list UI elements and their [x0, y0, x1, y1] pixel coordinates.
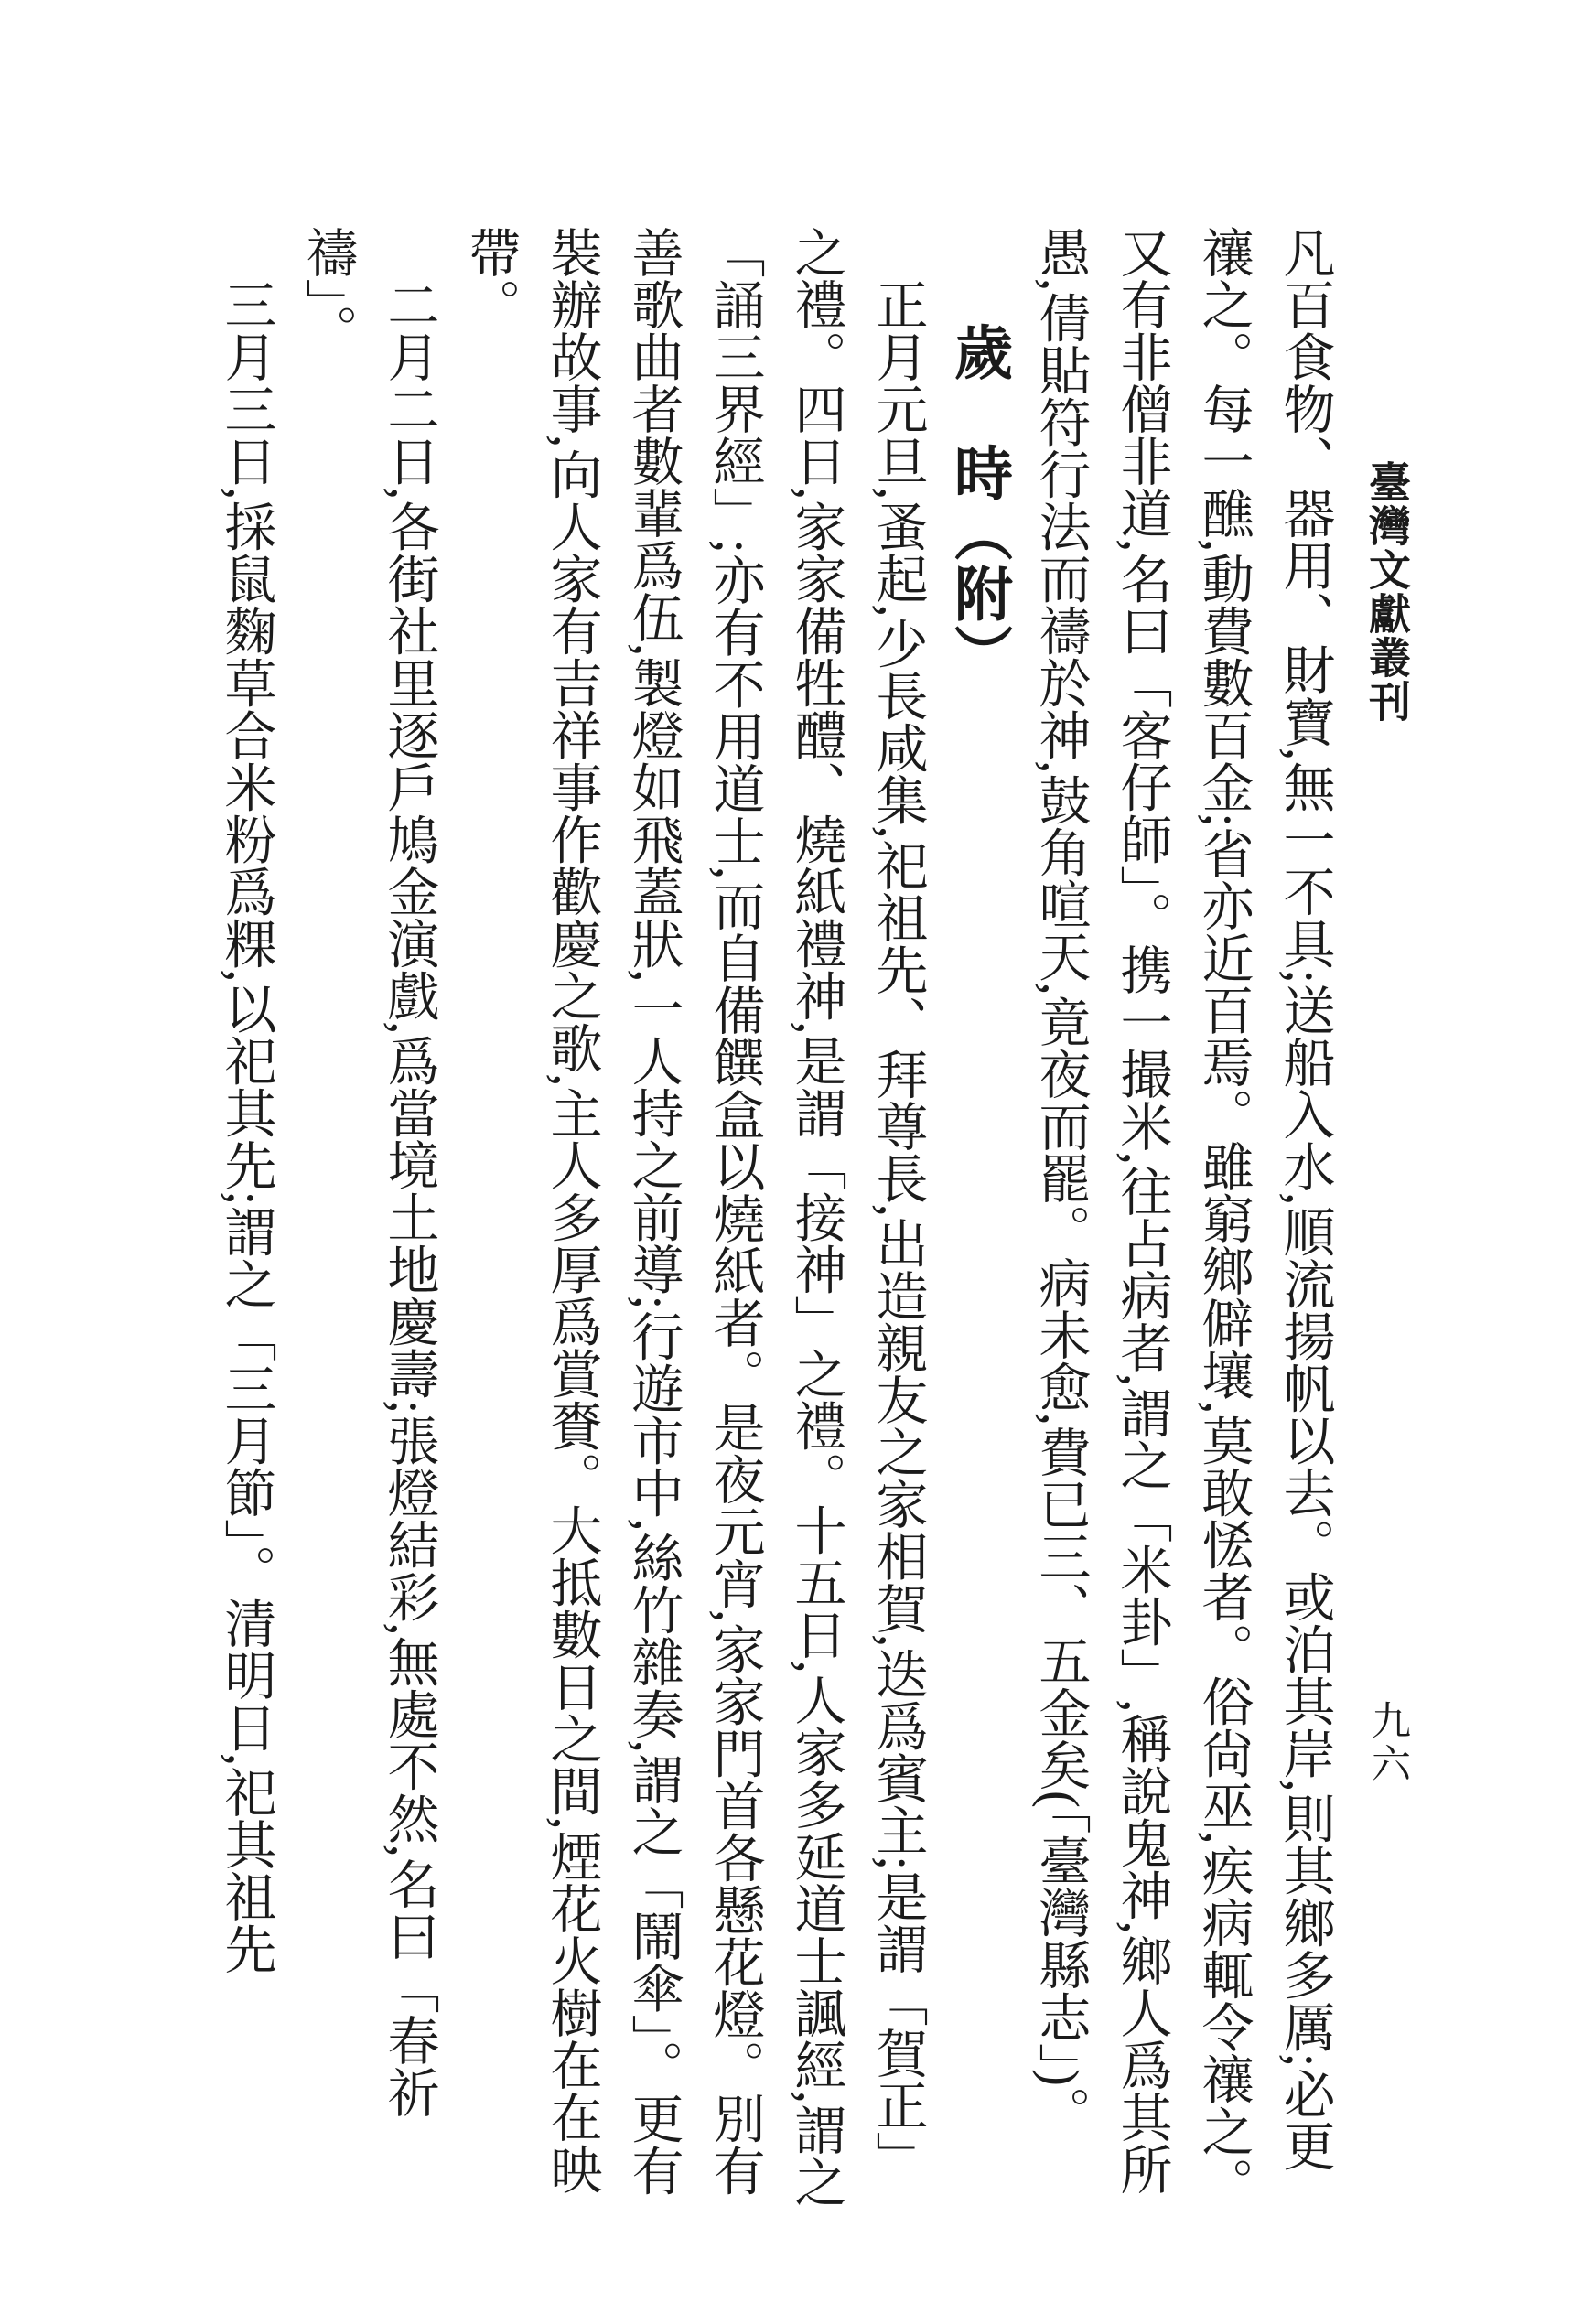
- paragraph-new-year: 正月元旦,蚤起,少長咸集,祀祖先、拜尊長,出造親友之家相賀,迭爲賓主;是謂「賀正…: [449, 226, 938, 2211]
- paragraph-second-month: 二月二日,各街社里逐戶鳩金演戲,爲當境土地慶壽;張燈結彩,無處不然,名曰「春祈禱…: [286, 226, 449, 2211]
- paragraph-third-month: 三月三日,採鼠麴草合米粉爲粿,以祀其先;謂之「三月節」。清明日,祀其祖先: [205, 226, 286, 2211]
- paragraph-continuation: 凡百食物、器用、財寶,無一不具;送船入水,順流揚帆以去。或泊其岸,則其鄉多厲;必…: [1019, 226, 1345, 2211]
- book-page: 臺灣文獻叢刊 九六 凡百食物、器用、財寶,無一不具;送船入水,順流揚帆以去。或泊…: [0, 0, 1583, 2324]
- section-heading: 歲 時（附）: [938, 226, 1019, 2211]
- main-text-block: 凡百食物、器用、財寶,無一不具;送船入水,順流揚帆以去。或泊其岸,則其鄉多厲;必…: [110, 226, 1345, 2211]
- book-series-title: 臺灣文獻叢刊: [1356, 460, 1416, 724]
- page-number: 九六: [1360, 1700, 1416, 1786]
